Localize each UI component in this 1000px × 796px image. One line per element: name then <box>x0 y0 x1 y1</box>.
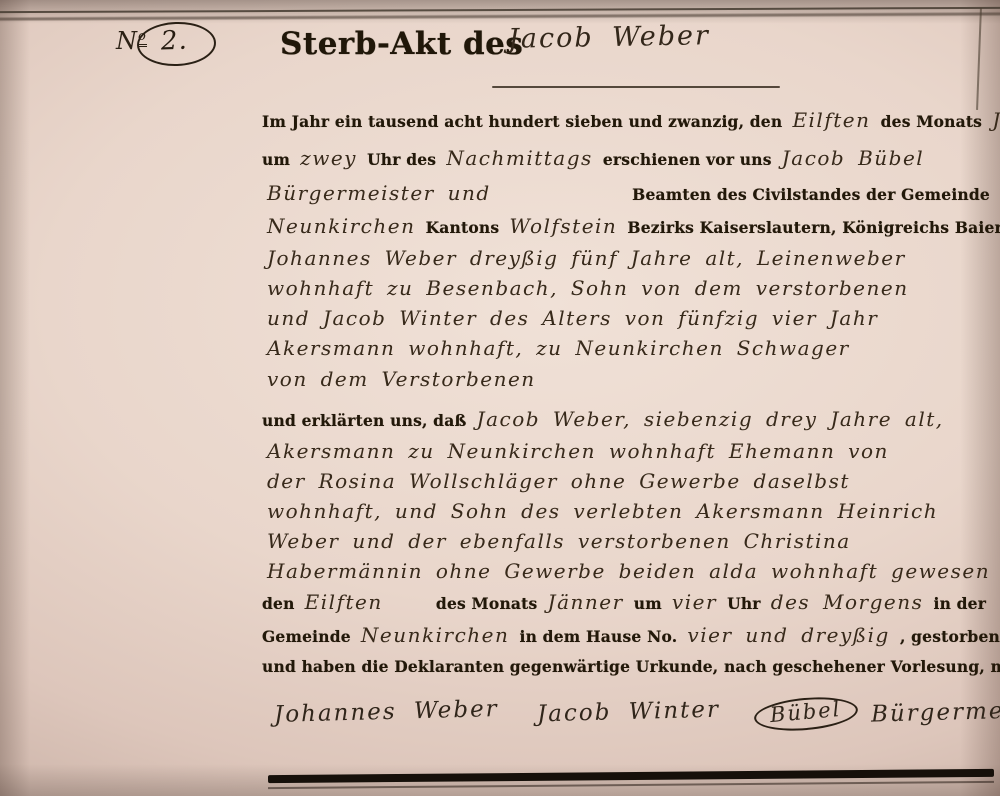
printed-text: Gemeinde <box>262 627 351 646</box>
document-line: wohnhaft, und Sohn des verlebten Akersma… <box>262 496 990 526</box>
document-line: Akersmann zu Neunkirchen wohnhaft Eheman… <box>262 436 990 466</box>
printed-text: und erklärten uns, daß <box>262 411 466 430</box>
document-line: Weber und der ebenfalls verstorbenen Chr… <box>262 526 990 556</box>
handwritten-text: Neunkirchen <box>267 214 415 238</box>
printed-text: des Monats <box>436 594 538 613</box>
handwritten-text: Neunkirchen <box>361 623 509 647</box>
printed-text: Uhr <box>727 594 761 613</box>
record-number-value: 2. <box>160 26 188 57</box>
document-line: Neunkirchen Kantons Wolfstein Bezirks Ka… <box>262 210 990 243</box>
deceased-name-handwritten: Jacob Weber <box>508 20 710 55</box>
record-number-oval: 2. <box>136 21 216 68</box>
printed-text: , gestorben seye, <box>900 627 1000 646</box>
printed-text: in dem Hause No. <box>520 627 678 646</box>
printed-text: um <box>262 150 290 169</box>
printed-text: des Monats <box>881 112 983 131</box>
document-line: Gemeinde Neunkirchen in dem Hause No. vi… <box>262 618 990 652</box>
handwritten-text: von dem Verstorbenen <box>267 367 536 391</box>
handwritten-text: Eilften <box>792 108 870 132</box>
handwritten-text: Bürgermeister und <box>267 177 491 210</box>
printed-text: in der <box>933 594 986 613</box>
signature-row: Johannes WeberJacob WinterBübelBürgermei… <box>274 698 994 730</box>
signature: Jacob Winter <box>536 697 720 728</box>
document-line: um zwey Uhr des Nachmittags erschienen v… <box>262 139 990 177</box>
signature: Johannes Weber <box>274 696 499 728</box>
handwritten-text: Jänner <box>548 590 624 614</box>
printed-text: erschienen vor uns <box>603 150 772 169</box>
document-line: Habermännin ohne Gewerbe beiden alda woh… <box>262 556 990 586</box>
handwritten-text: Nachmittags <box>446 146 592 170</box>
printed-text: Uhr des <box>367 150 436 169</box>
document-line: Akersmann wohnhaft, zu Neunkirchen Schwa… <box>262 333 990 363</box>
handwritten-text: Akersmann zu Neunkirchen wohnhaft Eheman… <box>267 439 889 463</box>
printed-text: Kantons <box>426 218 500 237</box>
record-number-field: No2. <box>116 22 216 66</box>
document-line: Johannes Weber dreyßig fünf Jahre alt, L… <box>262 243 990 273</box>
handwritten-text: des Morgens <box>771 590 924 614</box>
signature: Bürgermeister <box>871 696 1000 727</box>
handwritten-text: zwey <box>300 146 357 170</box>
printed-text: Bezirks Kaiserslautern, Königreichs Baie… <box>627 218 1000 237</box>
handwritten-text: der Rosina Wollschläger ohne Gewerbe das… <box>267 469 850 493</box>
top-rule-line-secondary <box>0 12 1000 20</box>
handwritten-text: Akersmann wohnhaft, zu Neunkirchen Schwa… <box>267 336 850 360</box>
handwritten-text: vier und dreyßig <box>687 623 889 647</box>
handwritten-text: wohnhaft zu Besenbach, Sohn von dem vers… <box>267 276 909 300</box>
document-line: den Eilften des Monats Jänner um vier Uh… <box>262 586 990 618</box>
handwritten-text: wohnhaft, und Sohn des verlebten Akersma… <box>267 499 938 523</box>
document-line: Im Jahr ein tausend acht hundert sieben … <box>262 101 990 139</box>
document-line: und Jacob Winter des Alters von fünfzig … <box>262 303 990 333</box>
handwritten-text: vier <box>672 590 717 614</box>
printed-text: und haben die Deklaranten gegenwärtige U… <box>262 657 1000 676</box>
handwritten-text: Wolfstein <box>509 214 617 238</box>
handwritten-text: Habermännin ohne Gewerbe beiden alda woh… <box>267 559 990 583</box>
printed-text: Beamten des Civilstandes der Gemeinde <box>632 178 990 211</box>
handwritten-text: und Jacob Winter des Alters von fünfzig … <box>267 306 878 330</box>
handwritten-text: Jacob Bübel <box>782 146 924 170</box>
printed-text: Im Jahr ein tausend acht hundert sieben … <box>262 112 782 131</box>
document-line: und erklärten uns, daß Jacob Weber, sieb… <box>262 402 990 436</box>
handwritten-text: Jacob Weber, siebenzig drey Jahre alt, <box>477 407 944 431</box>
handwritten-text: Eilften <box>305 590 383 614</box>
document-title: Sterb-Akt des <box>280 26 523 62</box>
printed-text: den <box>262 594 295 613</box>
document-line: wohnhaft zu Besenbach, Sohn von dem vers… <box>262 273 990 303</box>
title-name-underline <box>492 86 780 88</box>
document-line: von dem Verstorbenen <box>262 363 990 396</box>
signature: Bübel <box>752 694 858 735</box>
handwritten-text: Weber und der ebenfalls verstorbenen Chr… <box>267 529 851 553</box>
death-record-page: No2. Sterb-Akt des Jacob Weber Im Jahr e… <box>0 0 1000 796</box>
document-body: Im Jahr ein tausend acht hundert sieben … <box>262 101 990 682</box>
handwritten-text: Johannes Weber dreyßig fünf Jahre alt, L… <box>267 246 906 270</box>
handwritten-text: Jänner <box>992 108 1000 132</box>
document-line: und haben die Deklaranten gegenwärtige U… <box>262 652 990 682</box>
document-line: der Rosina Wollschläger ohne Gewerbe das… <box>262 466 990 496</box>
page-edge-line <box>976 8 982 110</box>
document-line: Bürgermeister und Beamten des Civilstand… <box>262 177 990 210</box>
printed-text: um <box>634 594 662 613</box>
